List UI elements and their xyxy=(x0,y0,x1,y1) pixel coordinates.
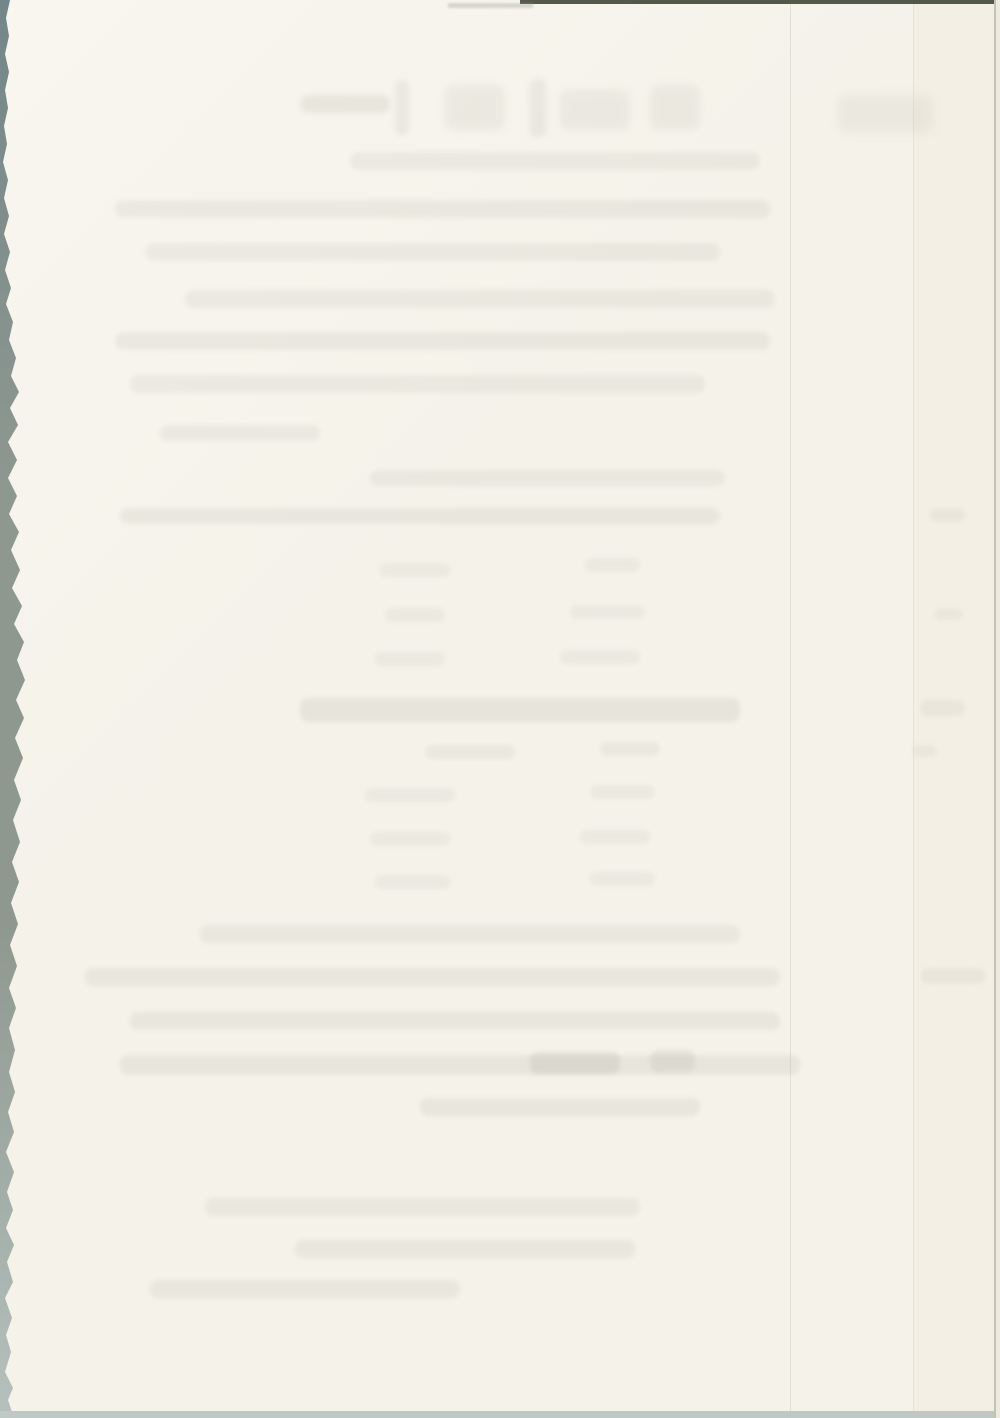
top-edge-line xyxy=(520,0,1000,4)
bottom-edge-line xyxy=(0,1411,1000,1418)
right-edge-sliver xyxy=(996,0,1000,1418)
top-edge-smudge xyxy=(448,3,533,8)
scanned-page xyxy=(0,0,1000,1418)
paper-sheet xyxy=(0,0,1000,1418)
